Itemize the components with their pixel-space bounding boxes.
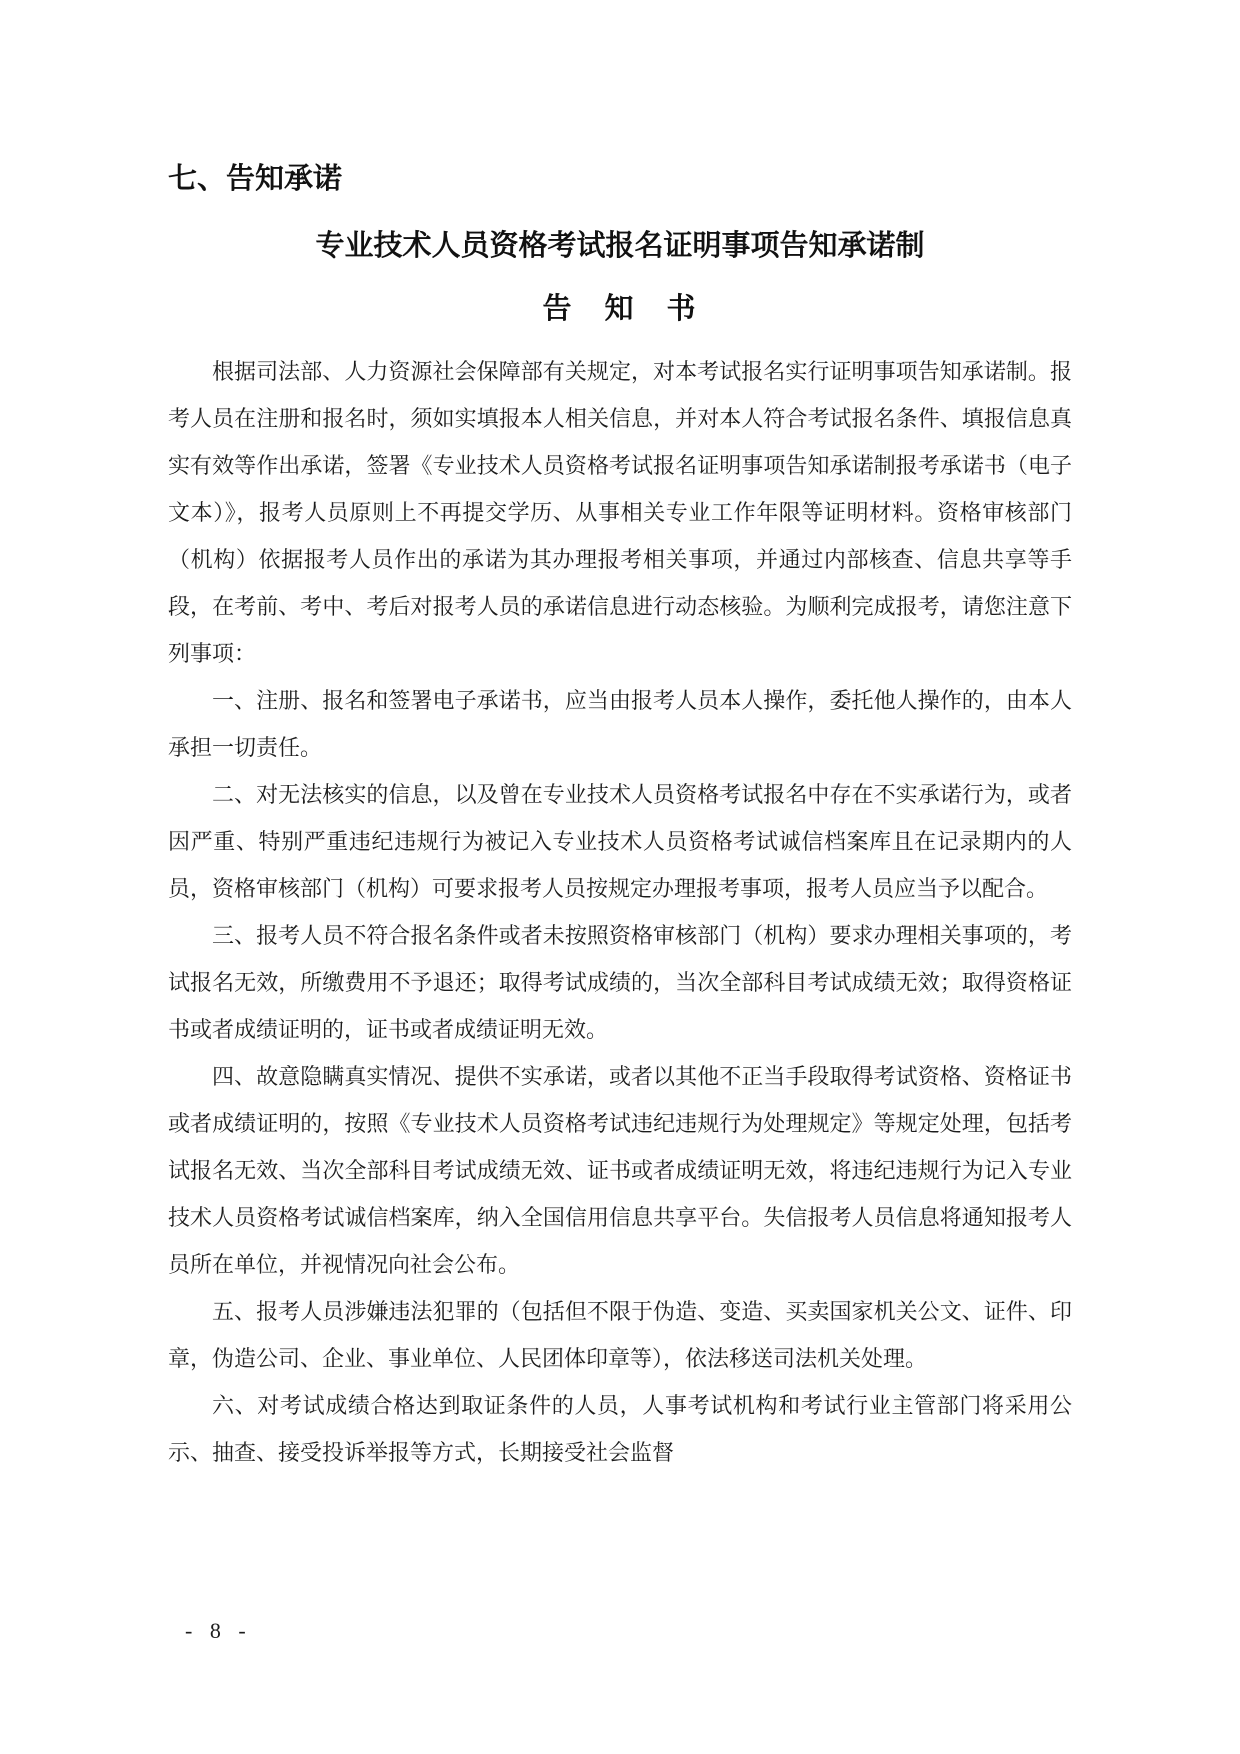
paragraph-item-6: 六、对考试成绩合格达到取证条件的人员，人事考试机构和考试行业主管部门将采用公示、…	[168, 1382, 1072, 1476]
paragraph-item-5: 五、报考人员涉嫌违法犯罪的（包括但不限于伪造、变造、买卖国家机关公文、证件、印章…	[168, 1288, 1072, 1382]
document-body: 根据司法部、人力资源社会保障部有关规定，对本考试报名实行证明事项告知承诺制。报考…	[168, 348, 1072, 1476]
page-content: 七、告知承诺 专业技术人员资格考试报名证明事项告知承诺制 告 知 书 根据司法部…	[0, 0, 1240, 1476]
paragraph-item-1: 一、注册、报名和签署电子承诺书，应当由报考人员本人操作，委托他人操作的，由本人承…	[168, 677, 1072, 771]
document-title: 专业技术人员资格考试报名证明事项告知承诺制	[168, 230, 1072, 262]
document-subtitle: 告 知 书	[168, 293, 1072, 325]
paragraph-item-4: 四、故意隐瞒真实情况、提供不实承诺，或者以其他不正当手段取得考试资格、资格证书或…	[168, 1053, 1072, 1288]
document-page: 七、告知承诺 专业技术人员资格考试报名证明事项告知承诺制 告 知 书 根据司法部…	[0, 0, 1240, 1754]
paragraph-item-2: 二、对无法核实的信息，以及曾在专业技术人员资格考试报名中存在不实承诺行为，或者因…	[168, 771, 1072, 912]
paragraph-item-3: 三、报考人员不符合报名条件或者未按照资格审核部门（机构）要求办理相关事项的，考试…	[168, 912, 1072, 1053]
section-heading: 七、告知承诺	[168, 163, 1072, 195]
paragraph-intro: 根据司法部、人力资源社会保障部有关规定，对本考试报名实行证明事项告知承诺制。报考…	[168, 348, 1072, 677]
page-number: - 8 -	[185, 1618, 252, 1644]
